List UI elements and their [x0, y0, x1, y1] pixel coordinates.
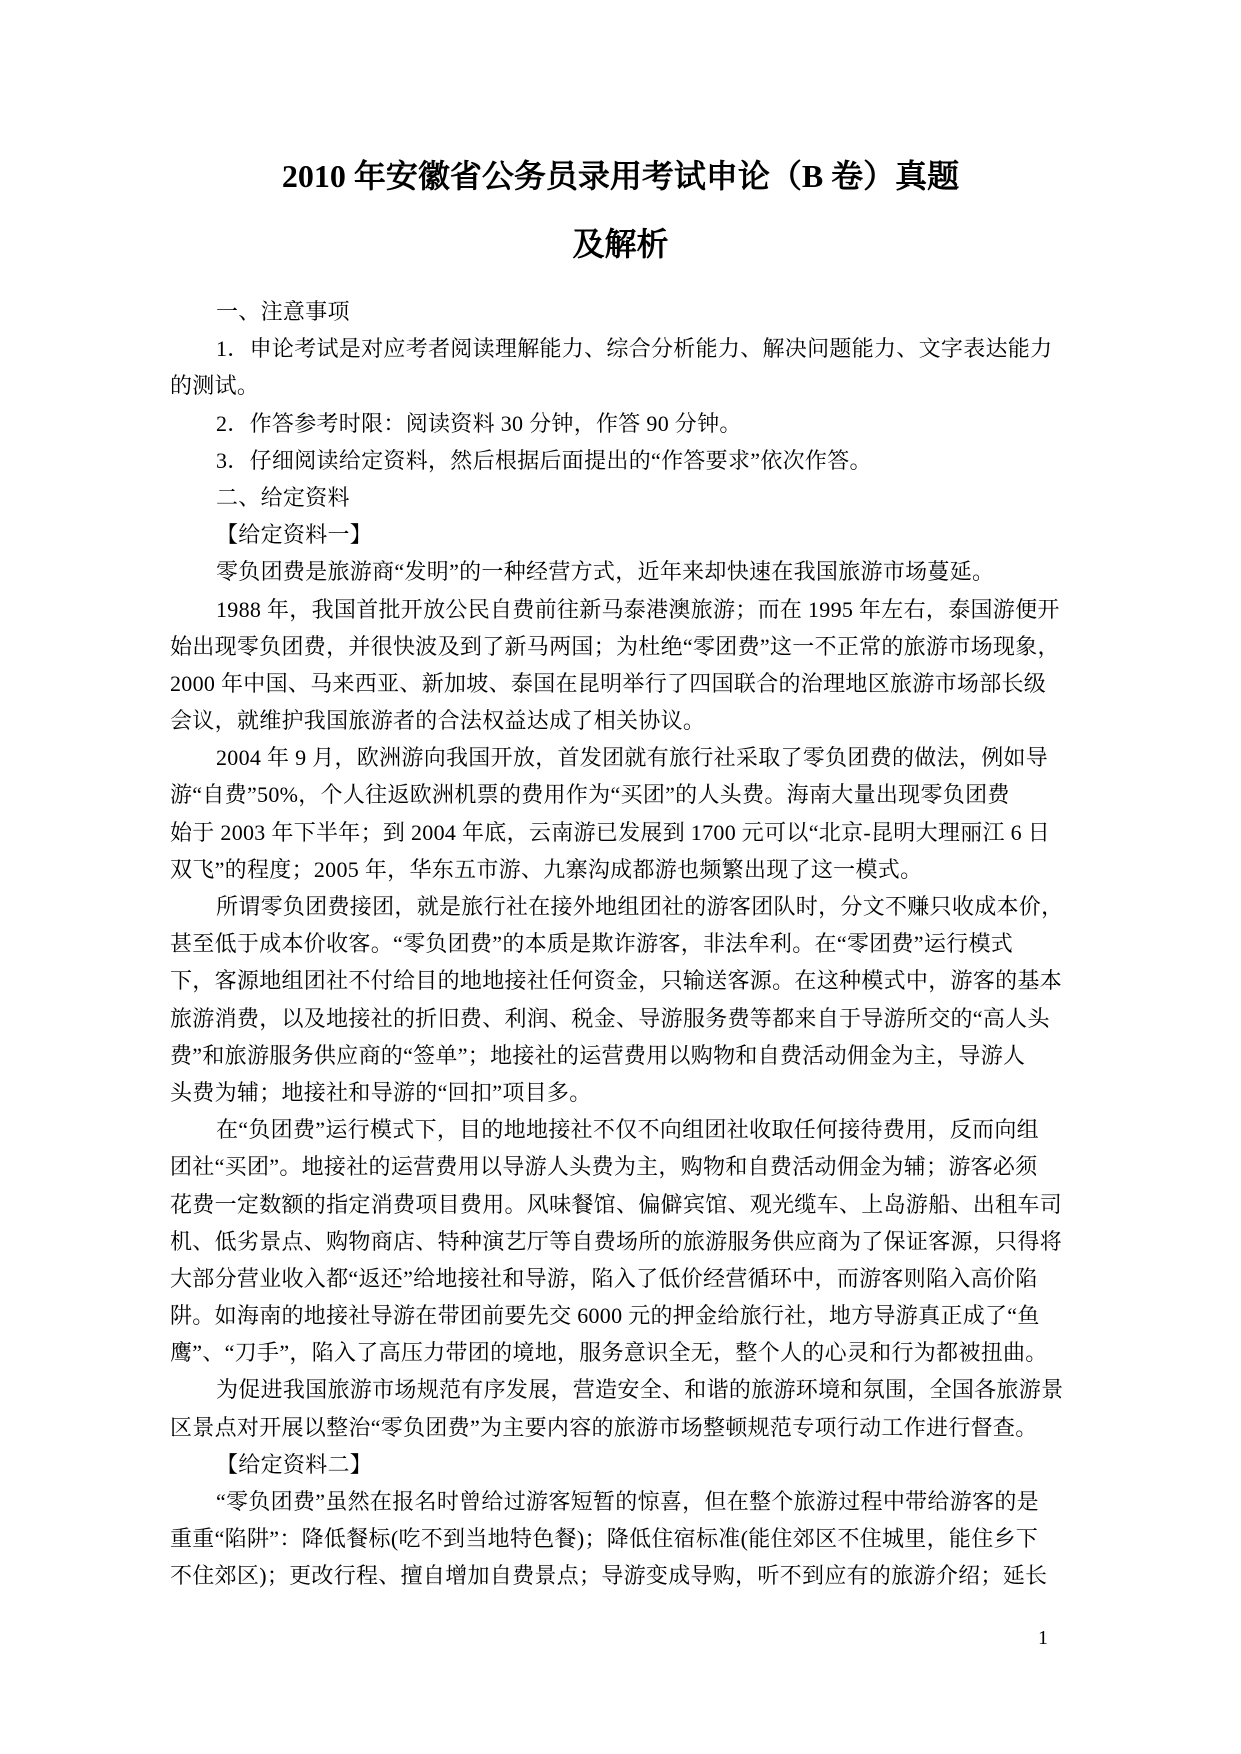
text-line: 区景点对开展以整治“零负团费”为主要内容的旅游市场整顿规范专项行动工作进行督查。 [170, 1409, 1080, 1446]
document-title-line1: 2010 年安徽省公务员录用考试申论（B 卷）真题 [0, 156, 1241, 196]
text-line: 双飞”的程度；2005 年，华东五市游、九寨沟成都游也频繁出现了这一模式。 [170, 851, 1080, 888]
text-line: 一、注意事项 [170, 293, 1080, 330]
text-line: 【给定资料一】 [170, 516, 1080, 553]
document-title-line2: 及解析 [0, 224, 1241, 264]
text-line: 为促进我国旅游市场规范有序发展，营造安全、和谐的旅游环境和氛围，全国各旅游景 [170, 1371, 1080, 1408]
text-line: 3．仔细阅读给定资料，然后根据后面提出的“作答要求”依次作答。 [170, 442, 1080, 479]
text-line: “零负团费”虽然在报名时曾给过游客短暂的惊喜，但在整个旅游过程中带给游客的是 [170, 1483, 1080, 1520]
text-line: 的测试。 [170, 367, 1080, 404]
text-line: 2000 年中国、马来西亚、新加坡、泰国在昆明举行了四国联合的治理地区旅游市场部… [170, 665, 1080, 702]
text-line: 不住郊区)；更改行程、擅自增加自费景点；导游变成导购，听不到应有的旅游介绍；延长 [170, 1557, 1080, 1594]
text-line: 鹰”、“刀手”，陷入了高压力带团的境地，服务意识全无，整个人的心灵和行为都被扭曲… [170, 1334, 1080, 1371]
text-line: 机、低劣景点、购物商店、特种演艺厅等自费场所的旅游服务供应商为了保证客源，只得将 [170, 1223, 1080, 1260]
text-line: 重重“陷阱”：降低餐标(吃不到当地特色餐)；降低住宿标准(能住郊区不住城里，能住… [170, 1520, 1080, 1557]
text-line: 在“负团费”运行模式下，目的地地接社不仅不向组团社收取任何接待费用，反而向组 [170, 1111, 1080, 1148]
text-line: 甚至低于成本价收客。“零负团费”的本质是欺诈游客，非法牟利。在“零团费”运行模式 [170, 925, 1080, 962]
text-line: 2．作答参考时限：阅读资料 30 分钟，作答 90 分钟。 [170, 405, 1080, 442]
text-line: 大部分营业收入都“返还”给地接社和导游，陷入了低价经营循环中，而游客则陷入高价陷 [170, 1260, 1080, 1297]
text-line: 二、给定资料 [170, 479, 1080, 516]
text-line: 始于 2003 年下半年；到 2004 年底，云南游已发展到 1700 元可以“… [170, 814, 1080, 851]
page-number: 1 [1038, 1626, 1048, 1650]
document-page: 2010 年安徽省公务员录用考试申论（B 卷）真题 及解析 一、注意事项1．申论… [0, 0, 1241, 1754]
text-line: 1．申论考试是对应考者阅读理解能力、综合分析能力、解决问题能力、文字表达能力 [170, 330, 1080, 367]
text-line: 团社“买团”。地接社的运营费用以导游人头费为主，购物和自费活动佣金为辅；游客必须 [170, 1148, 1080, 1185]
text-line: 费”和旅游服务供应商的“签单”；地接社的运营费用以购物和自费活动佣金为主，导游人 [170, 1037, 1080, 1074]
text-line: 零负团费是旅游商“发明”的一种经营方式，近年来却快速在我国旅游市场蔓延。 [170, 553, 1080, 590]
text-line: 会议，就维护我国旅游者的合法权益达成了相关协议。 [170, 702, 1080, 739]
text-line: 花费一定数额的指定消费项目费用。风味餐馆、偏僻宾馆、观光缆车、上岛游船、出租车司 [170, 1186, 1080, 1223]
text-line: 1988 年，我国首批开放公民自费前往新马泰港澳旅游；而在 1995 年左右，泰… [170, 591, 1080, 628]
text-line: 始出现零负团费，并很快波及到了新马两国；为杜绝“零团费”这一不正常的旅游市场现象… [170, 628, 1080, 665]
text-line: 阱。如海南的地接社导游在带团前要先交 6000 元的押金给旅行社，地方导游真正成… [170, 1297, 1080, 1334]
text-line: 下，客源地组团社不付给目的地地接社任何资金，只输送客源。在这种模式中，游客的基本 [170, 962, 1080, 999]
text-line: 【给定资料二】 [170, 1446, 1080, 1483]
text-line: 旅游消费，以及地接社的折旧费、利润、税金、导游服务费等都来自于导游所交的“高人头 [170, 1000, 1080, 1037]
text-line: 所谓零负团费接团，就是旅行社在接外地组团社的游客团队时，分文不赚只收成本价， [170, 888, 1080, 925]
document-body: 一、注意事项1．申论考试是对应考者阅读理解能力、综合分析能力、解决问题能力、文字… [170, 293, 1080, 1595]
text-line: 游“自费”50%，个人往返欧洲机票的费用作为“买团”的人头费。海南大量出现零负团… [170, 776, 1080, 813]
text-line: 2004 年 9 月，欧洲游向我国开放，首发团就有旅行社采取了零负团费的做法，例… [170, 739, 1080, 776]
text-line: 头费为辅；地接社和导游的“回扣”项目多。 [170, 1074, 1080, 1111]
